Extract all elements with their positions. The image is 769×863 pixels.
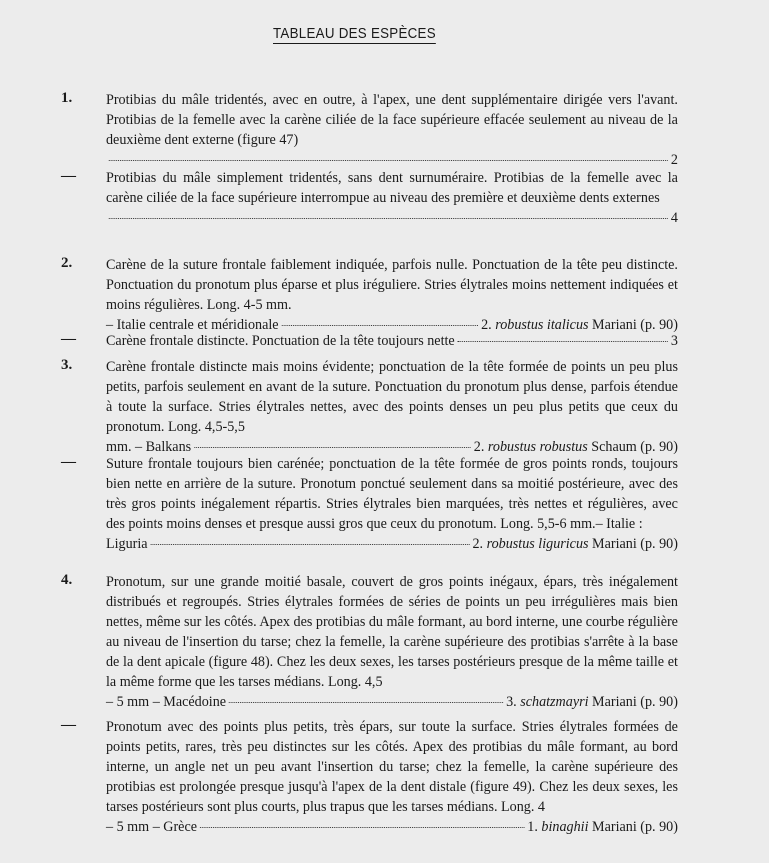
leader-dots: [229, 701, 503, 703]
entry-result: 2: [671, 150, 678, 170]
entry-lead: – 5 mm – Macédoine 3. schatzmayri Marian…: [106, 692, 678, 712]
leader-dots: [457, 340, 668, 342]
entry-number: —: [61, 717, 76, 734]
entry-number: 4.: [61, 572, 72, 589]
entry-lead-text: Carène frontale distincte. Ponctuation d…: [106, 331, 455, 351]
leader-dots: [150, 543, 469, 545]
entry-number: —: [61, 331, 76, 348]
entry-lead-text: – 5 mm – Grèce: [106, 817, 197, 837]
entry-lead: – 5 mm – Grèce 1. binaghii Mariani (p. 9…: [106, 817, 678, 837]
entry-lead: 4: [106, 208, 678, 228]
entry-text: Protibias du mâle tridentés, avec en out…: [106, 90, 678, 150]
species-name: schatzmayri: [520, 692, 588, 712]
entry-number: —: [61, 454, 76, 471]
leader-dots: [194, 446, 471, 448]
result-number: 1.: [527, 817, 538, 837]
entry-result: 4: [671, 208, 678, 228]
entry-result: 3: [671, 331, 678, 351]
page-title: TABLEAU DES ESPÈCES: [273, 26, 436, 44]
entry-lead: Carène frontale distincte. Ponctuation d…: [106, 331, 678, 351]
entry-result: Mariani (p. 90): [592, 692, 678, 712]
entry-text: Protibias du mâle simplement tridentés, …: [106, 168, 678, 208]
entry-number: 2.: [61, 255, 72, 272]
entry-text: Pronotum, sur une grande moitié basale, …: [106, 572, 678, 692]
entry-text: Carène frontale distincte mais moins évi…: [106, 357, 678, 437]
leader-dots: [200, 826, 525, 828]
entry-text: Pronotum avec des points plus petits, tr…: [106, 717, 678, 817]
entry-text: Suture frontale toujours bien carénée; p…: [106, 454, 678, 534]
entry-text: Carène de la suture frontale faiblement …: [106, 255, 678, 315]
entry-lead-text: – 5 mm – Macédoine: [106, 692, 226, 712]
species-name: robustus liguricus: [487, 534, 589, 554]
result-number: 3.: [506, 692, 517, 712]
entry-number: 3.: [61, 357, 72, 374]
entry-result: Mariani (p. 90): [592, 817, 678, 837]
entry-result: Mariani (p. 90): [592, 534, 678, 554]
entry-lead-text: Liguria: [106, 534, 148, 554]
leader-dots: [281, 324, 478, 326]
entry-lead: Liguria 2. robustus liguricus Mariani (p…: [106, 534, 678, 554]
entry-lead: 2: [106, 150, 678, 170]
entry-number: —: [61, 168, 76, 185]
leader-dots: [109, 217, 668, 219]
entry-number: 1.: [61, 90, 72, 107]
species-name: binaghii: [541, 817, 588, 837]
result-number: 2.: [472, 534, 483, 554]
leader-dots: [109, 159, 668, 161]
